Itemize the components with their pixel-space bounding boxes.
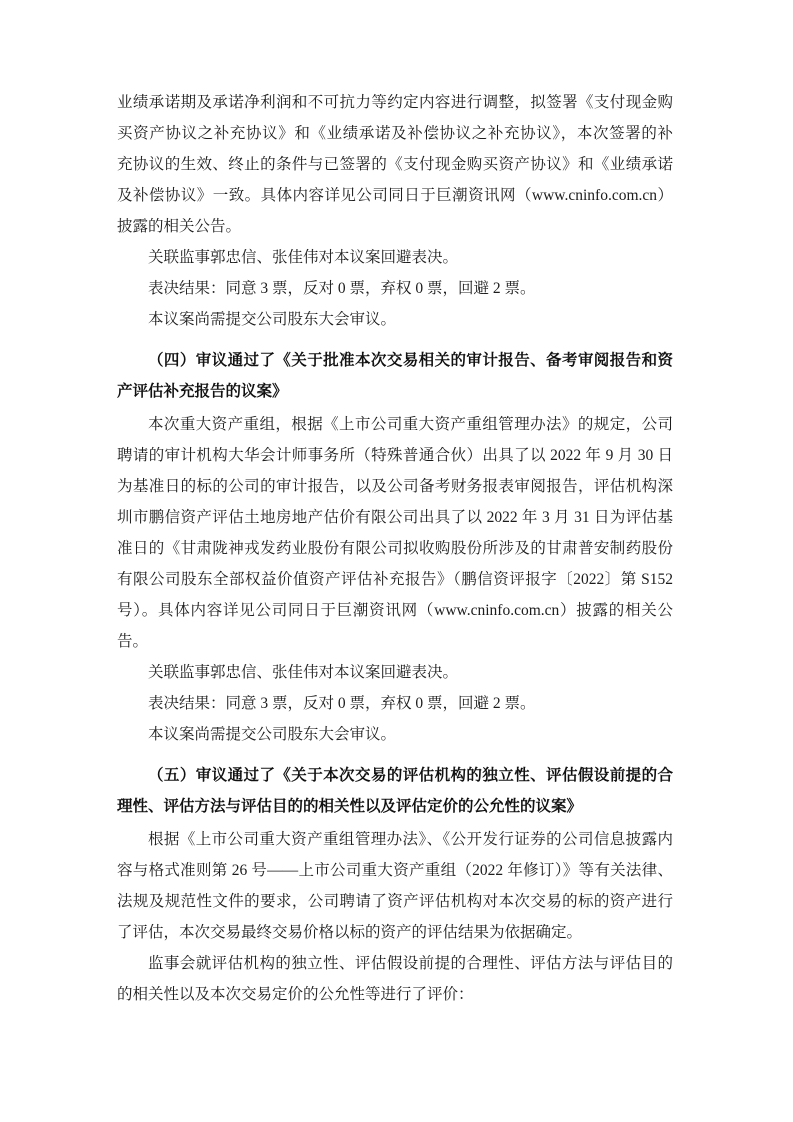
text-line: 准日的《甘肃陇神戎发药业股份有限公司拟收购股份所涉及的甘肃普安制药股份 [117,533,673,564]
text-line: 表决结果：同意 3 票，反对 0 票，弃权 0 票，回避 2 票。 [117,273,673,304]
text-line: 监事会就评估机构的独立性、评估假设前提的合理性、评估方法与评估目的 [117,948,673,979]
paragraph-recusal-statement: 关联监事郭忠信、张佳伟对本议案回避表决。 [117,242,673,273]
text-line: 业绩承诺期及承诺净利润和不可抗力等约定内容进行调整，拟签署《支付现金购 [117,87,673,118]
text-line: 了评估，本次交易最终交易价格以标的资产的评估结果为依据确定。 [117,917,673,948]
text-line: 本次重大资产重组，根据《上市公司重大资产重组管理办法》的规定，公司 [117,409,673,440]
paragraph-recusal-statement: 关联监事郭忠信、张佳伟对本议案回避表决。 [117,657,673,688]
text-line: 本议案尚需提交公司股东大会审议。 [117,304,673,335]
text-line: 号）。具体内容详见公司同日于巨潮资讯网（www.cninfo.com.cn）披露… [117,595,673,626]
text-line: 本议案尚需提交公司股东大会审议。 [117,719,673,750]
text-line: 的相关性以及本次交易定价的公允性等进行了评价： [117,979,673,1010]
text-line: 及补偿协议》一致。具体内容详见公司同日于巨潮资讯网（www.cninfo.com… [117,180,673,211]
paragraph-valuation-basis: 根据《上市公司重大资产重组管理办法》、《公开发行证券的公司信息披露内容与格式准则… [117,824,673,948]
text-line: 披露的相关公告。 [117,211,673,242]
text-line: 容与格式准则第 26 号——上市公司重大资产重组（2022 年修订）》等有关法律… [117,855,673,886]
text-line: 表决结果：同意 3 票，反对 0 票，弃权 0 票，回避 2 票。 [117,688,673,719]
text-line: 充协议的生效、终止的条件与已签署的《支付现金购买资产协议》和《业绩承诺 [117,149,673,180]
text-line: （四）审议通过了《关于批准本次交易相关的审计报告、备考审阅报告和资 [117,345,673,376]
document-page: 业绩承诺期及承诺净利润和不可抗力等约定内容进行调整，拟签署《支付现金购买资产协议… [0,0,793,1122]
text-line: 圳市鹏信资产评估土地房地产估价有限公司出具了以 2022 年 3 月 31 日为… [117,502,673,533]
text-line: 买资产协议之补充协议》和《业绩承诺及补偿协议之补充协议》，本次签署的补 [117,118,673,149]
text-line: 产评估补充报告的议案》 [117,376,673,407]
paragraph-supplement-agreement: 业绩承诺期及承诺净利润和不可抗力等约定内容进行调整，拟签署《支付现金购买资产协议… [117,87,673,242]
text-line: 为基准日的标的公司的审计报告，以及公司备考财务报表审阅报告，评估机构深 [117,471,673,502]
paragraph-vote-result: 表决结果：同意 3 票，反对 0 票，弃权 0 票，回避 2 票。 [117,273,673,304]
paragraph-supervisory-board-evaluation: 监事会就评估机构的独立性、评估假设前提的合理性、评估方法与评估目的的相关性以及本… [117,948,673,1010]
text-line: 法规及规范性文件的要求，公司聘请了资产评估机构对本次交易的标的资产进行 [117,886,673,917]
section-heading-item-5: （五）审议通过了《关于本次交易的评估机构的独立性、评估假设前提的合理性、评估方法… [117,760,673,822]
section-heading-item-4: （四）审议通过了《关于批准本次交易相关的审计报告、备考审阅报告和资产评估补充报告… [117,345,673,407]
paragraph-vote-result: 表决结果：同意 3 票，反对 0 票，弃权 0 票，回避 2 票。 [117,688,673,719]
text-line: （五）审议通过了《关于本次交易的评估机构的独立性、评估假设前提的合 [117,760,673,791]
text-line: 聘请的审计机构大华会计师事务所（特殊普通合伙）出具了以 2022 年 9 月 3… [117,440,673,471]
text-line: 告。 [117,626,673,657]
paragraph-audit-and-valuation-reports: 本次重大资产重组，根据《上市公司重大资产重组管理办法》的规定，公司聘请的审计机构… [117,409,673,657]
text-line: 有限公司股东全部权益价值资产评估补充报告》（鹏信资评报字〔2022〕第 S152 [117,564,673,595]
text-line: 理性、评估方法与评估目的的相关性以及评估定价的公允性的议案》 [117,791,673,822]
text-line: 根据《上市公司重大资产重组管理办法》、《公开发行证券的公司信息披露内 [117,824,673,855]
paragraph-submit-to-shareholders: 本议案尚需提交公司股东大会审议。 [117,304,673,335]
paragraph-submit-to-shareholders: 本议案尚需提交公司股东大会审议。 [117,719,673,750]
document-content: 业绩承诺期及承诺净利润和不可抗力等约定内容进行调整，拟签署《支付现金购买资产协议… [117,87,673,1010]
text-line: 关联监事郭忠信、张佳伟对本议案回避表决。 [117,242,673,273]
text-line: 关联监事郭忠信、张佳伟对本议案回避表决。 [117,657,673,688]
